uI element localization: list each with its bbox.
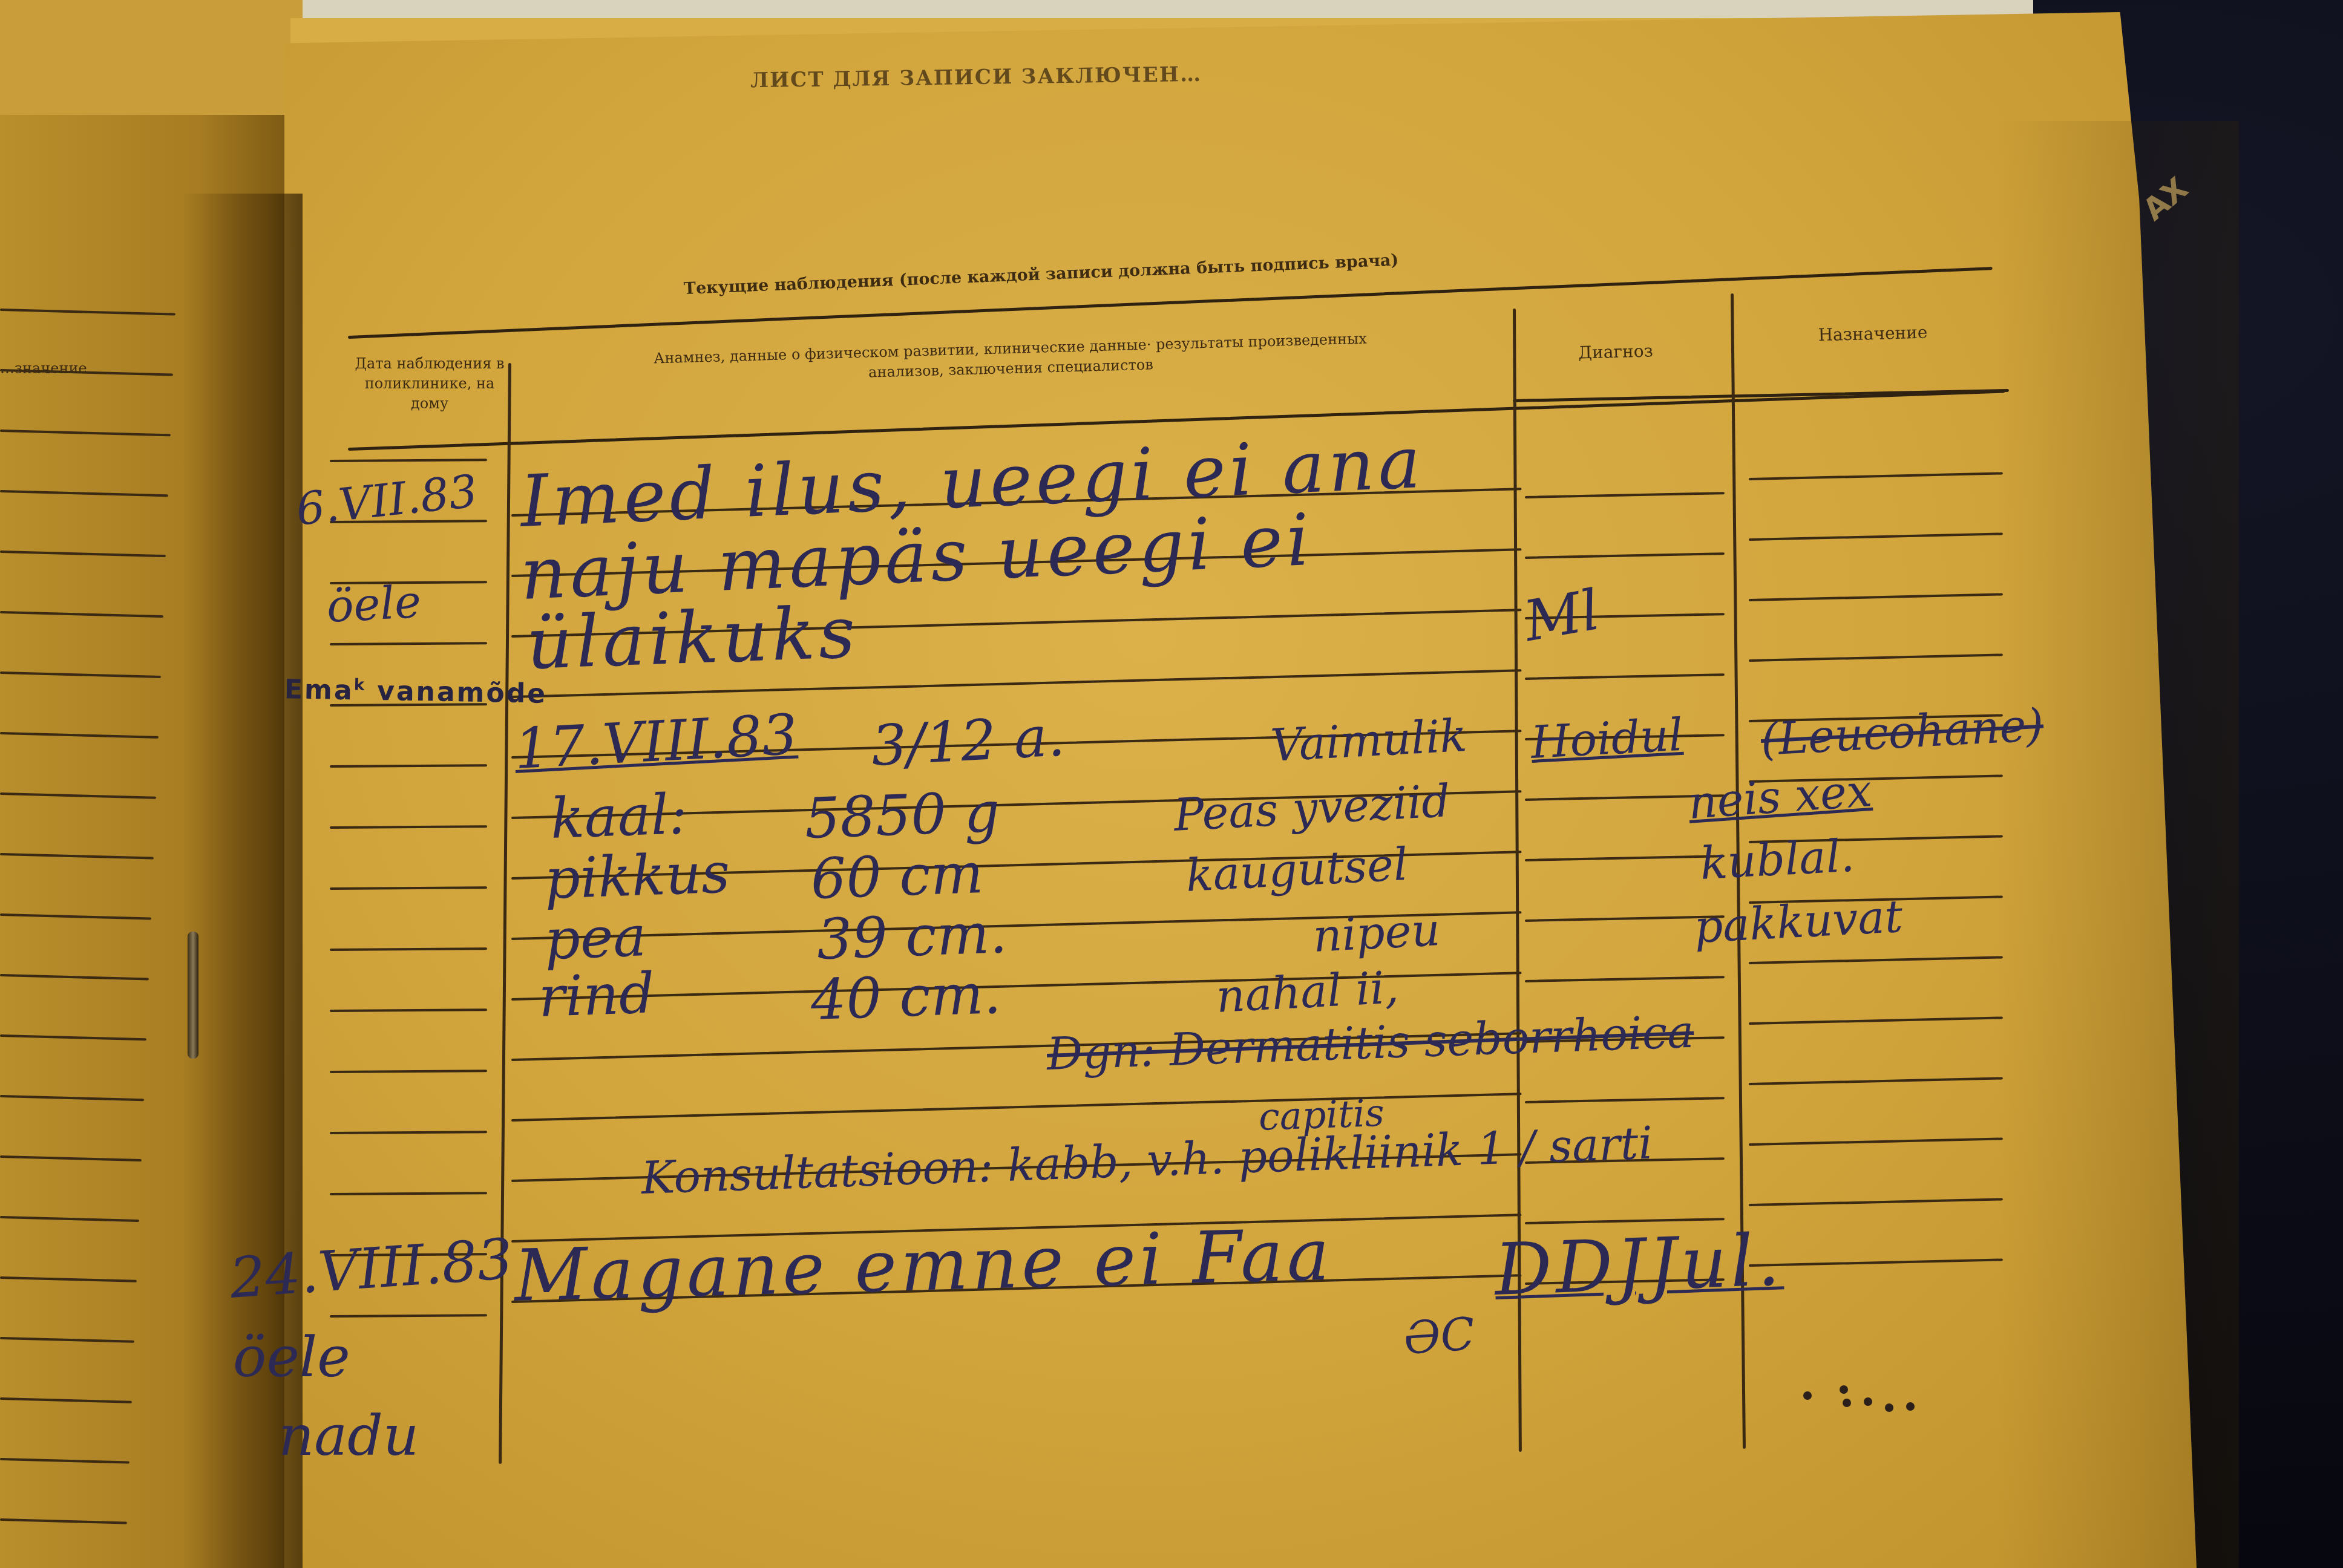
column-header-date: Дата наблюдения в поликлинике, на дому: [348, 354, 511, 414]
measurement-value-length: 60 cm: [810, 841, 985, 912]
entry-2-header-right: Vaimulik: [1270, 710, 1468, 772]
column-header-diagnosis: Диагноз: [1543, 340, 1689, 364]
left-page-flap: [0, 0, 303, 115]
measurement-label-chest: rind: [537, 961, 655, 1030]
entry-1-signature: Ml: [1519, 577, 1604, 654]
entry-2-age: 3/12 a.: [870, 704, 1066, 779]
measurement-value-chest: 40 cm.: [810, 961, 1002, 1033]
stamp: Emak vanamõde: [284, 674, 548, 710]
entry-2-note-3: nipeu: [1312, 904, 1441, 962]
entry-1-line-3: ülaikuks: [525, 590, 860, 685]
page-shadow: [1997, 121, 2239, 1568]
measurement-value-weight: 5850 g: [804, 780, 1001, 851]
stamp-superscript: k: [354, 676, 367, 694]
entry-2-note-4: nahal ii,: [1215, 961, 1400, 1023]
photo-scene: АХ …значение ЛИСТ ДЛЯ ЗАПИСИ ЗАКЛЮЧЕН… Т…: [0, 0, 2343, 1568]
stamp-text: Ema: [284, 674, 354, 706]
entry-3-mark: ӘС: [1402, 1308, 1476, 1365]
measurement-label-weight: kaal:: [549, 782, 688, 851]
entry-2-diagnosis: Hoidul: [1530, 709, 1685, 769]
ink-blots: [1797, 1385, 1918, 1410]
entry-3-place-2: nadu: [278, 1403, 419, 1468]
left-column-header-fragment: …значение: [0, 360, 87, 377]
stamp-suffix: vanamõde: [377, 676, 548, 710]
staple-icon: [188, 932, 198, 1059]
prescription-4: pakkuvat: [1693, 890, 1904, 953]
measurement-label-length: pikkus: [543, 840, 731, 912]
entry-1-place: öele: [326, 576, 422, 633]
prescription-3: kublal.: [1699, 830, 1856, 890]
entry-3-place: öele: [233, 1325, 350, 1390]
entry-3-signature: DDJJul.: [1493, 1218, 1785, 1312]
